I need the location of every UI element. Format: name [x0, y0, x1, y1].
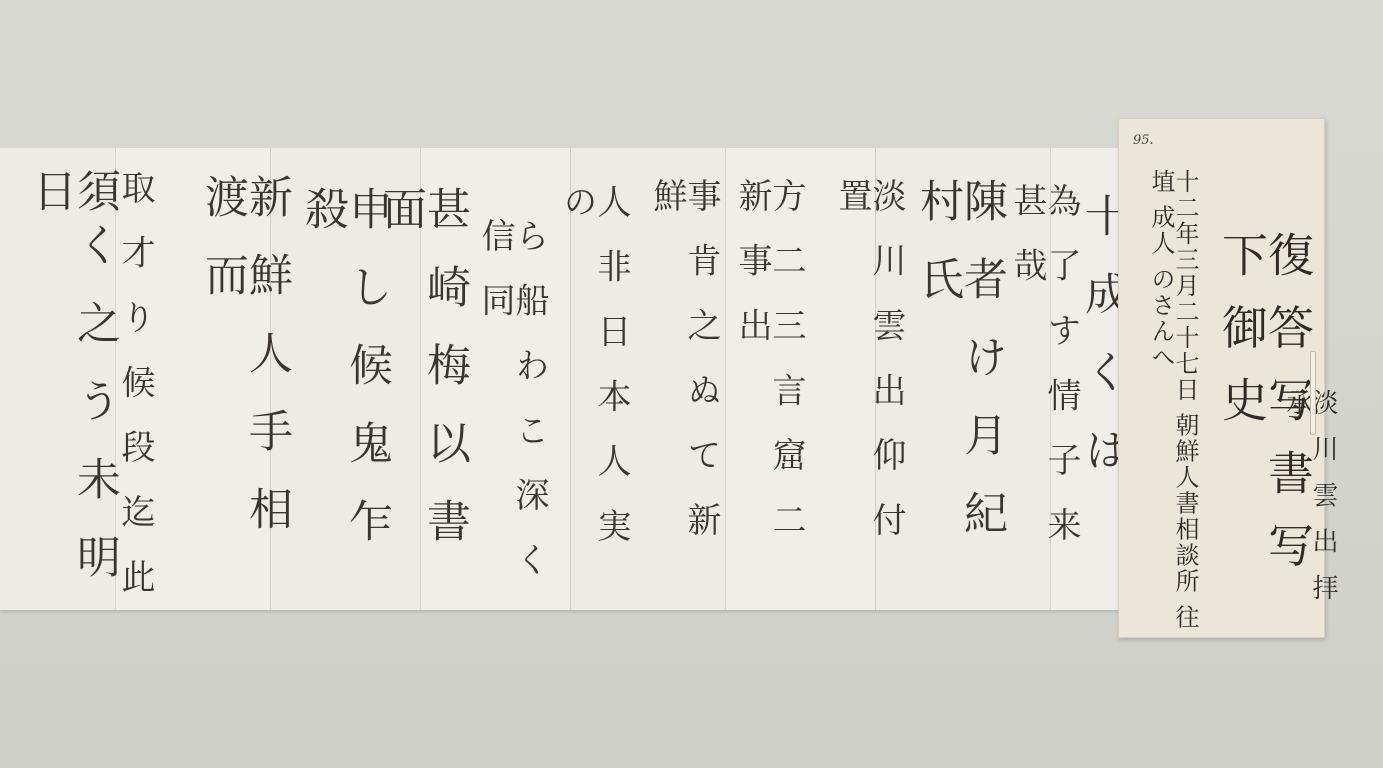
catalog-number: 95. [1133, 133, 1154, 148]
calligraphy-column: 甚 崎 梅 以 書 面 [378, 186, 466, 610]
calligraphy-column: 新 鮮 人 手 相 渡 而 [200, 174, 288, 610]
calligraphy-column: 申 し 候 鬼 乍 殺 [300, 186, 388, 610]
calligraphy-column: 為 了 す 情 子 来 甚 哉 [1010, 183, 1078, 610]
calligraphy-column: ら 船 わ こ 深 く 信 同 [478, 218, 546, 610]
calligraphy-column: 取 才 り 候 段 迄 此 [118, 170, 152, 603]
calligraphy-column: 人 非 日 本 人 実 の [560, 184, 628, 610]
calligraphy-column: 事 肯 之 ぬ て 新 鮮 [650, 178, 718, 610]
envelope-date-address: 十二年三月二十七日 朝鮮人書相談所 往 埴 成人 のさんへ [1149, 169, 1197, 637]
calligraphy-column: 淡 川 雲 出 仰 付 置 [835, 178, 903, 610]
envelope: 95. 十二年三月二十七日 朝鮮人書相談所 往 埴 成人 のさんへ 復 答 写 … [1118, 118, 1325, 638]
envelope-slit [1310, 351, 1316, 435]
calligraphy-column: 須く 之 う 未 明 日 [28, 168, 116, 610]
calligraphy-column: 方 二 三 言 窟 二 新 事 出 [735, 178, 803, 610]
letter-scroll: 須く 之 う 未 明 日 取 才 り 候 段 迄 此 新 鮮 人 手 相 渡 而… [0, 148, 1135, 610]
calligraphy-column: 陳 者 け 月 紀 村 氏 [915, 178, 1003, 610]
